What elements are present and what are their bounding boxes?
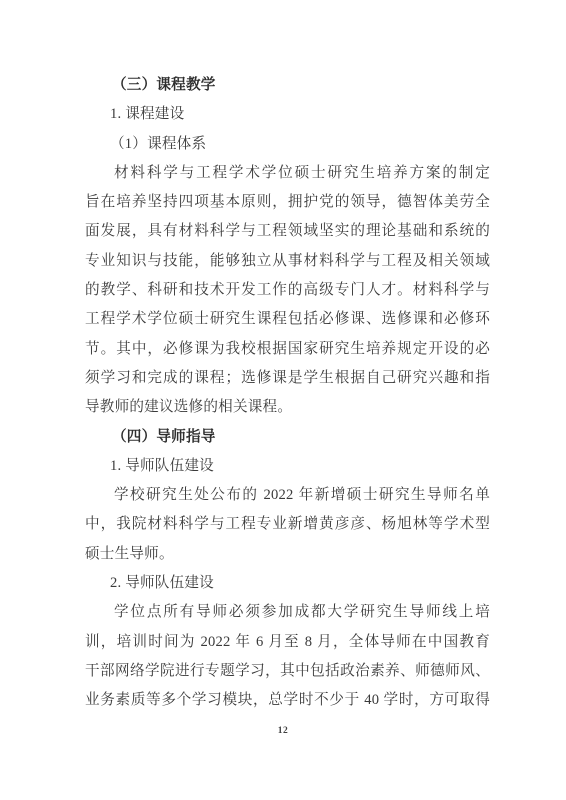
paragraph-line: 业务素质等多个学习模块，总学时不少于 40 学时，方可取得 xyxy=(85,686,490,715)
subsection-heading-mentor-team-1: 1. 导师队伍建设 xyxy=(85,452,490,481)
paragraph-line: 的教学、科研和技术开发工作的高级专门人才。材料科学与 xyxy=(85,276,490,305)
paragraph-line: 中，我院材料科学与工程专业新增黄彦彦、杨旭林等学术型 xyxy=(85,510,490,539)
paragraph-line: 材料科学与工程学术学位硕士研究生培养方案的制定 xyxy=(85,159,490,188)
paragraph-line: 导教师的建议选修的相关课程。 xyxy=(85,393,490,422)
section-heading-mentor-guidance: （四）导师指导 xyxy=(85,423,490,452)
paragraph-line: 学位点所有导师必须参加成都大学研究生导师线上培 xyxy=(85,598,490,627)
subsection-heading-course-system: （1）课程体系 xyxy=(85,130,490,159)
paragraph-line: 工程学术学位硕士研究生课程包括必修课、选修课和必修环 xyxy=(85,305,490,334)
paragraph-line: 学校研究生处公布的 2022 年新增硕士研究生导师名单 xyxy=(85,481,490,510)
paragraph-line: 硕士生导师。 xyxy=(85,540,490,569)
paragraph-line: 须学习和完成的课程；选修课是学生根据自己研究兴趣和指 xyxy=(85,364,490,393)
page-number: 12 xyxy=(0,724,566,738)
subsection-heading-mentor-team-2: 2. 导师队伍建设 xyxy=(85,569,490,598)
paragraph-line: 干部网络学院进行专题学习，其中包括政治素养、师德师风、 xyxy=(85,657,490,686)
section-heading-course-teaching: （三）课程教学 xyxy=(85,71,490,100)
paragraph-line: 旨在培养坚持四项基本原则，拥护党的领导，德智体美劳全 xyxy=(85,188,490,217)
paragraph-line: 专业知识与技能，能够独立从事材料科学与工程及相关领域 xyxy=(85,247,490,276)
paragraph-line: 面发展，具有材料科学与工程领域坚实的理论基础和系统的 xyxy=(85,217,490,246)
document-page: （三）课程教学 1. 课程建设 （1）课程体系 材料科学与工程学术学位硕士研究生… xyxy=(0,0,566,800)
document-body: （三）课程教学 1. 课程建设 （1）课程体系 材料科学与工程学术学位硕士研究生… xyxy=(85,71,490,716)
subsection-heading-course-building: 1. 课程建设 xyxy=(85,100,490,129)
paragraph-line: 节。其中，必修课为我校根据国家研究生培养规定开设的必 xyxy=(85,335,490,364)
paragraph-line: 训，培训时间为 2022 年 6 月至 8 月，全体导师在中国教育 xyxy=(85,628,490,657)
